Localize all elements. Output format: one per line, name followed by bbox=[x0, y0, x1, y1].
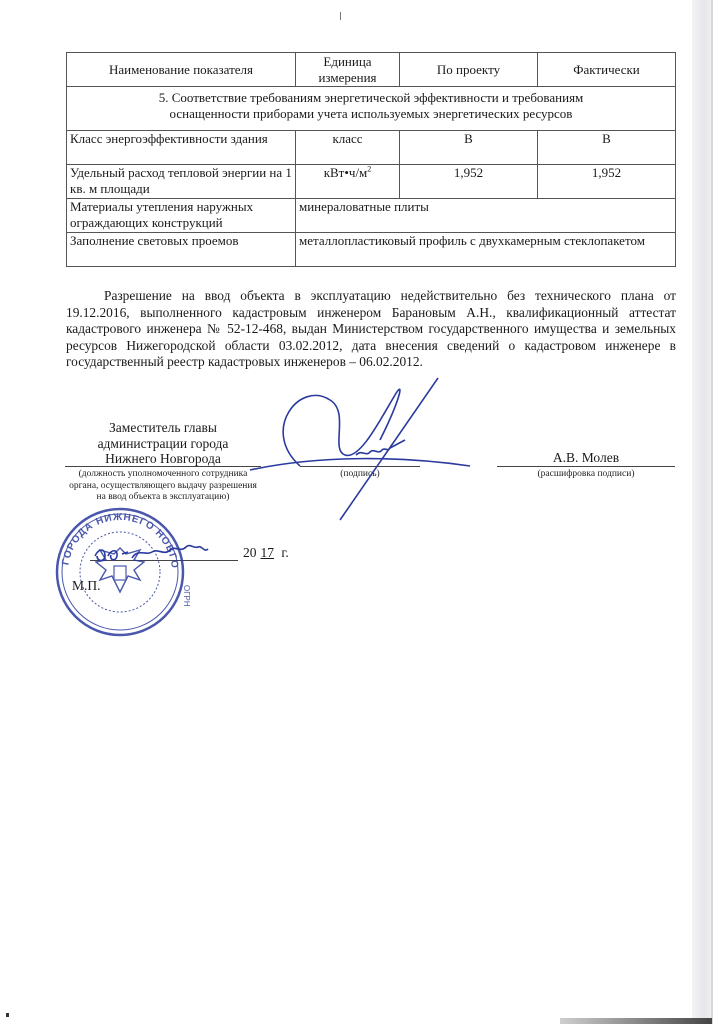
official-stamp-icon: ГОРОДА НИЖНЕГО НОВГОРОДА ОГРН bbox=[0, 0, 191, 635]
signature-icon bbox=[250, 378, 470, 520]
ink-overlay: ГОРОДА НИЖНЕГО НОВГОРОДА ОГРН bbox=[0, 0, 724, 1024]
svg-text:ГОРОДА НИЖНЕГО НОВГОРОДА: ГОРОДА НИЖНЕГО НОВГОРОДА bbox=[0, 0, 180, 570]
svg-text:ОГРН: ОГРН bbox=[182, 585, 191, 607]
